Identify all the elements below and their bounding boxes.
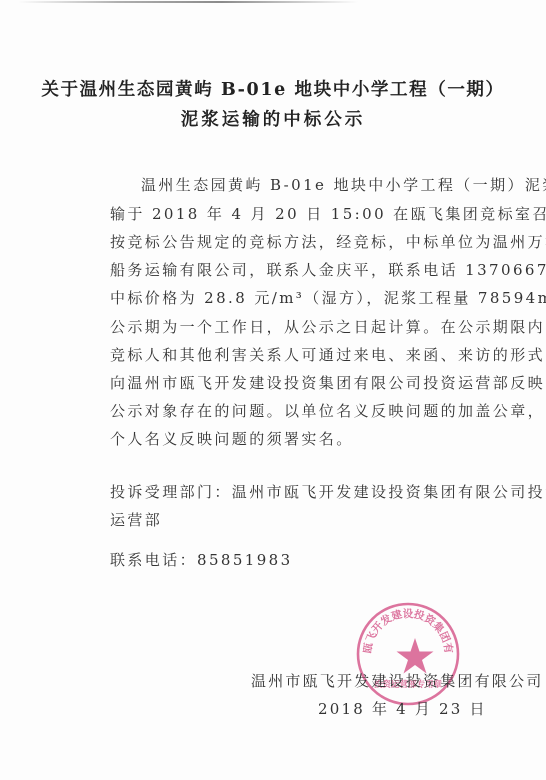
body-line-4: 船务运输有限公司，联系人金庆平，联系电话 13706677319，: [110, 259, 505, 280]
body-line-2: 输于 2018 年 4 月 20 日 15:00 在瓯飞集团竞标室召开竞标。: [110, 203, 505, 224]
body-line-3: 按竞标公告规定的竞标方法，经竞标，中标单位为温州万海: [110, 231, 505, 252]
official-seal-stamp: 温州市瓯飞开发建设投资集团有限公司 投资运营部专用章: [355, 601, 461, 707]
signature-date: 2018 年 4 月 23 日: [318, 698, 487, 719]
contact-phone: 联系电话：85851983: [110, 549, 505, 570]
document-title-line-1: 关于温州生态园黄屿 B-01e 地块中小学工程（一期）: [0, 76, 546, 101]
stamp-arc-text: 温州市瓯飞开发建设投资集团有限公司: [355, 601, 455, 655]
body-line-1: 温州生态园黄屿 B-01e 地块中小学工程（一期）泥浆运: [141, 174, 536, 195]
body-line-5: 中标价格为 28.8 元/m³（湿方），泥浆工程量 78594m³（湿方）。: [110, 287, 505, 308]
body-line-8: 向温州市瓯飞开发建设投资集团有限公司投资运营部反映: [110, 372, 505, 393]
body-line-6: 公示期为一个工作日，从公示之日起计算。在公示期限内，: [110, 316, 505, 337]
body-line-10: 个人名义反映问题的须署实名。: [110, 428, 505, 449]
scan-artifact-line: [18, 1, 358, 3]
svg-text:温州市瓯飞开发建设投资集团有限公司: 温州市瓯飞开发建设投资集团有限公司: [355, 601, 455, 655]
complaint-department-line-2: 运营部: [110, 509, 505, 530]
star-icon: [397, 638, 434, 674]
signature-company: 温州市瓯飞开发建设投资集团有限公司: [251, 670, 543, 691]
body-line-9: 公示对象存在的问题。以单位名义反映问题的加盖公章，以: [110, 400, 505, 421]
body-line-7: 竞标人和其他利害关系人可通过来电、来函、来访的形式，: [110, 344, 505, 365]
complaint-department-line-1: 投诉受理部门：温州市瓯飞开发建设投资集团有限公司投资: [110, 481, 505, 502]
document-title-line-2: 泥浆运输的中标公示: [0, 106, 546, 131]
